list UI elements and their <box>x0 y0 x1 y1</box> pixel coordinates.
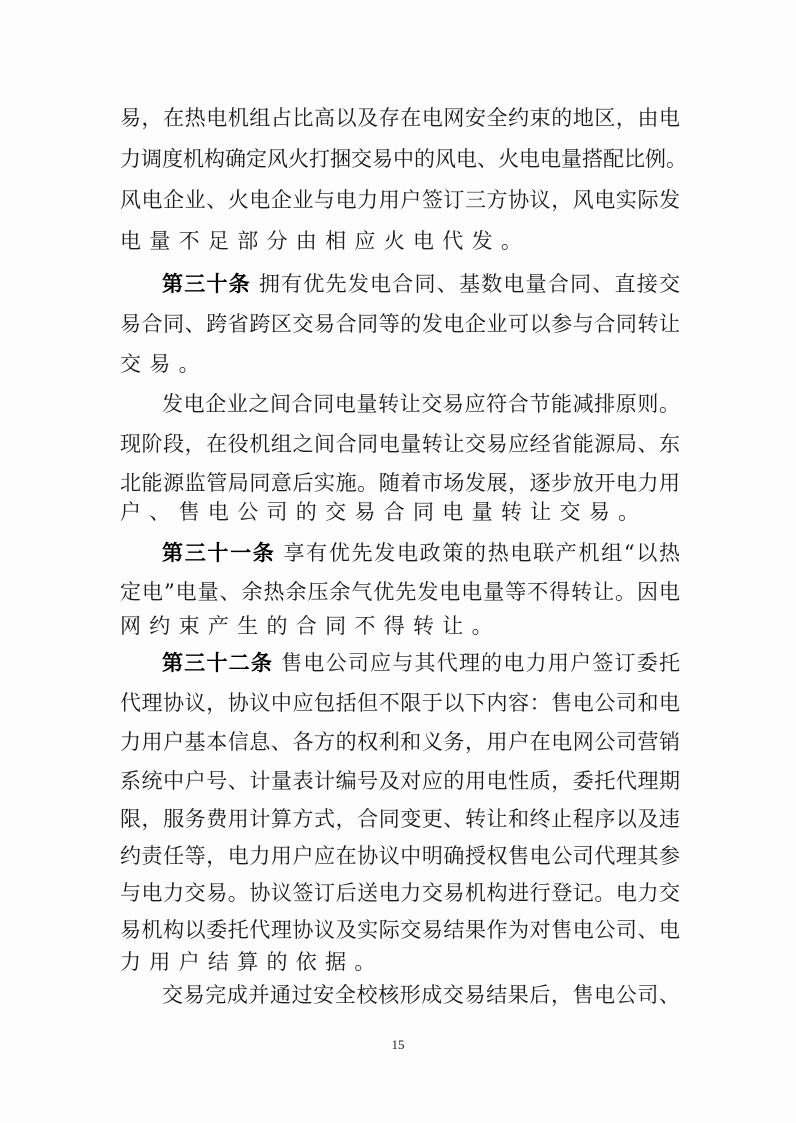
text-line: 发电企业之间合同电量转让交易应符合节能减排原则。 <box>162 389 680 419</box>
article-32-first-line: 第三十二条售电公司应与其代理的电力用户签订委托 <box>162 648 680 678</box>
text-line: 易合同、跨省跨区交易合同等的发电企业可以参与合同转让 <box>120 309 680 339</box>
text-line: 风电企业、火电企业与电力用户签订三方协议，风电实际发 <box>120 185 680 215</box>
text-line: 交易。 <box>120 349 680 379</box>
page-number: 15 <box>0 1037 796 1053</box>
article-heading: 第三十一条 <box>162 540 275 565</box>
text-line: 定电”电量、余热余压余气优先发电电量等不得转让。因电 <box>120 577 680 607</box>
text-line: 户、售电公司的交易合同电量转让交易。 <box>120 497 680 527</box>
text-line: 代理协议，协议中应包括但不限于以下内容：售电公司和电 <box>120 688 680 718</box>
text-line: 力用户基本信息、各方的权利和义务，用户在电网公司营销 <box>120 727 680 757</box>
text-line: 交易完成并通过安全校核形成交易结果后，售电公司、 <box>162 980 680 1010</box>
article-heading: 第三十条 <box>162 271 251 296</box>
text-line: 网约束产生的合同不得转让。 <box>120 611 680 641</box>
text-line: 与电力交易。协议签订后送电力交易机构进行登记。电力交 <box>120 878 680 908</box>
text-line: 易机构以委托代理协议及实际交易结果作为对售电公司、电 <box>120 915 680 945</box>
text-line: 力调度机构确定风火打捆交易中的风电、火电电量搭配比例。 <box>120 144 680 174</box>
text-line: 力用户结算的依据。 <box>120 947 680 977</box>
text-line: 约责任等，电力用户应在协议中明确授权售电公司代理其参 <box>120 841 680 871</box>
text-line: 享有优先发电政策的热电联产机组“以热 <box>283 541 680 565</box>
text-line: 易，在热电机组占比高以及存在电网安全约束的地区，由电 <box>120 103 680 133</box>
article-heading: 第三十二条 <box>162 650 273 675</box>
text-line: 拥有优先发电合同、基数电量合同、直接交 <box>259 272 680 296</box>
text-line: 电量不足部分由相应火电代发。 <box>120 226 680 256</box>
text-line: 现阶段，在役机组之间合同电量转让交易应经省能源局、东 <box>120 429 680 459</box>
article-31-first-line: 第三十一条享有优先发电政策的热电联产机组“以热 <box>162 538 680 568</box>
text-line: 售电公司应与其代理的电力用户签订委托 <box>281 651 680 675</box>
text-line: 限，服务费用计算方式，合同变更、转让和终止程序以及违 <box>120 804 680 834</box>
text-line: 北能源监管局同意后实施。随着市场发展，逐步放开电力用 <box>120 468 680 498</box>
article-30-first-line: 第三十条拥有优先发电合同、基数电量合同、直接交 <box>162 269 680 299</box>
text-line: 系统中户号、计量表计编号及对应的用电性质，委托代理期 <box>120 766 680 796</box>
document-page: 易，在热电机组占比高以及存在电网安全约束的地区，由电 力调度机构确定风火打捆交易… <box>0 0 796 1123</box>
